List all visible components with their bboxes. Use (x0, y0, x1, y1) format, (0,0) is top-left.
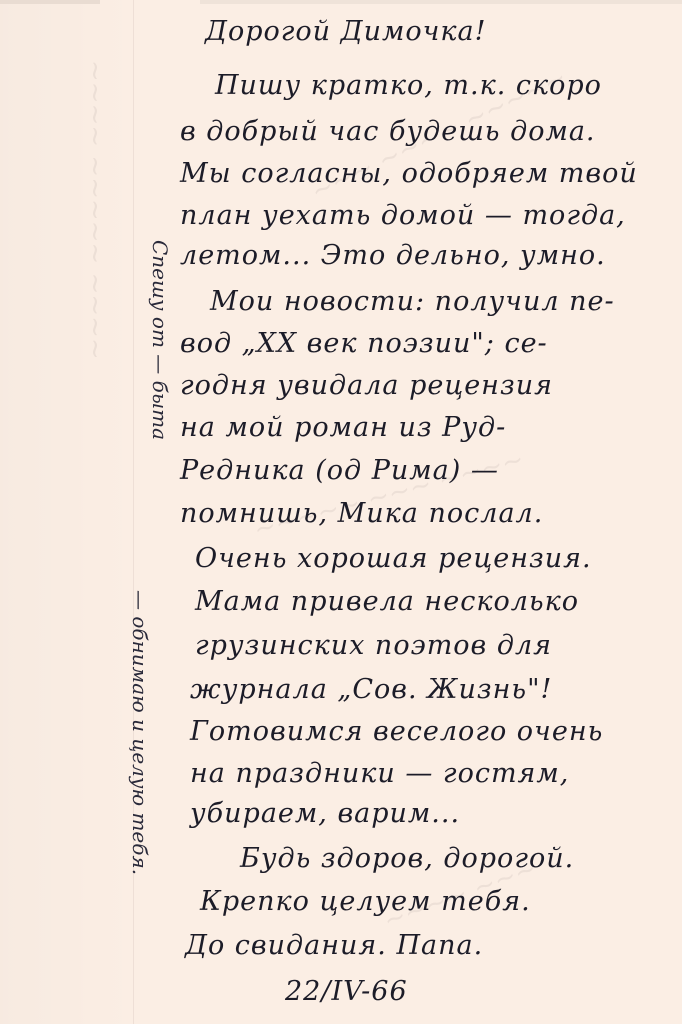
letter-line: Готовимся веселого очень (190, 718, 603, 745)
letter-line: помнишь, Мика послал. (180, 500, 543, 527)
letter-line: Мои новости: получил пе- (210, 288, 615, 315)
paper-edge (200, 0, 682, 4)
letter-line: на мой роман из Руд- (180, 414, 506, 441)
closing-line: Будь здоров, дорогой. (240, 845, 574, 872)
letter-line: годня увидала рецензия (180, 372, 553, 399)
letter-line: убираем, варим... (190, 800, 460, 827)
letter-line: вод „XX век поэзии"; се- (180, 330, 548, 357)
salutation: Дорогой Димочка! (205, 18, 486, 45)
margin-note: Спешу от — быта (150, 240, 170, 440)
letter-line: грузинских поэтов для (195, 632, 552, 659)
closing-line: Крепко целуем тебя. (200, 888, 531, 915)
letter-line: в добрый час будешь дома. (180, 118, 596, 145)
signature: До свидания. Папа. (185, 932, 483, 959)
letter-line: Очень хорошая рецензия. (195, 545, 592, 572)
letter-line: на праздники — гостям, (190, 760, 569, 787)
letter-date: 22/IV-66 (285, 978, 408, 1005)
letter-page: ~~~~ ~~~~~ ~~~~ ~~~ ~~~~ ~~~~~ ~~~~~ ~~~… (0, 0, 682, 1024)
paper-edge (0, 0, 100, 4)
letter-line: журнала „Сов. Жизнь"! (190, 676, 552, 703)
letter-line: летом... Это дельно, умно. (180, 242, 606, 269)
letter-line: Пишу кратко, т.к. скоро (215, 72, 602, 99)
bleed-through: ~~~~ ~~~~~ ~~~~ (80, 60, 110, 360)
letter-line: Редника (од Рима) — (180, 457, 499, 484)
margin-note: — обнимаю и целую тебя. (130, 590, 150, 875)
letter-line: Мама привела несколько (195, 588, 579, 615)
letter-line: Мы согласны, одобряем твой (180, 160, 638, 187)
letter-line: план уехать домой — тогда, (180, 202, 626, 229)
